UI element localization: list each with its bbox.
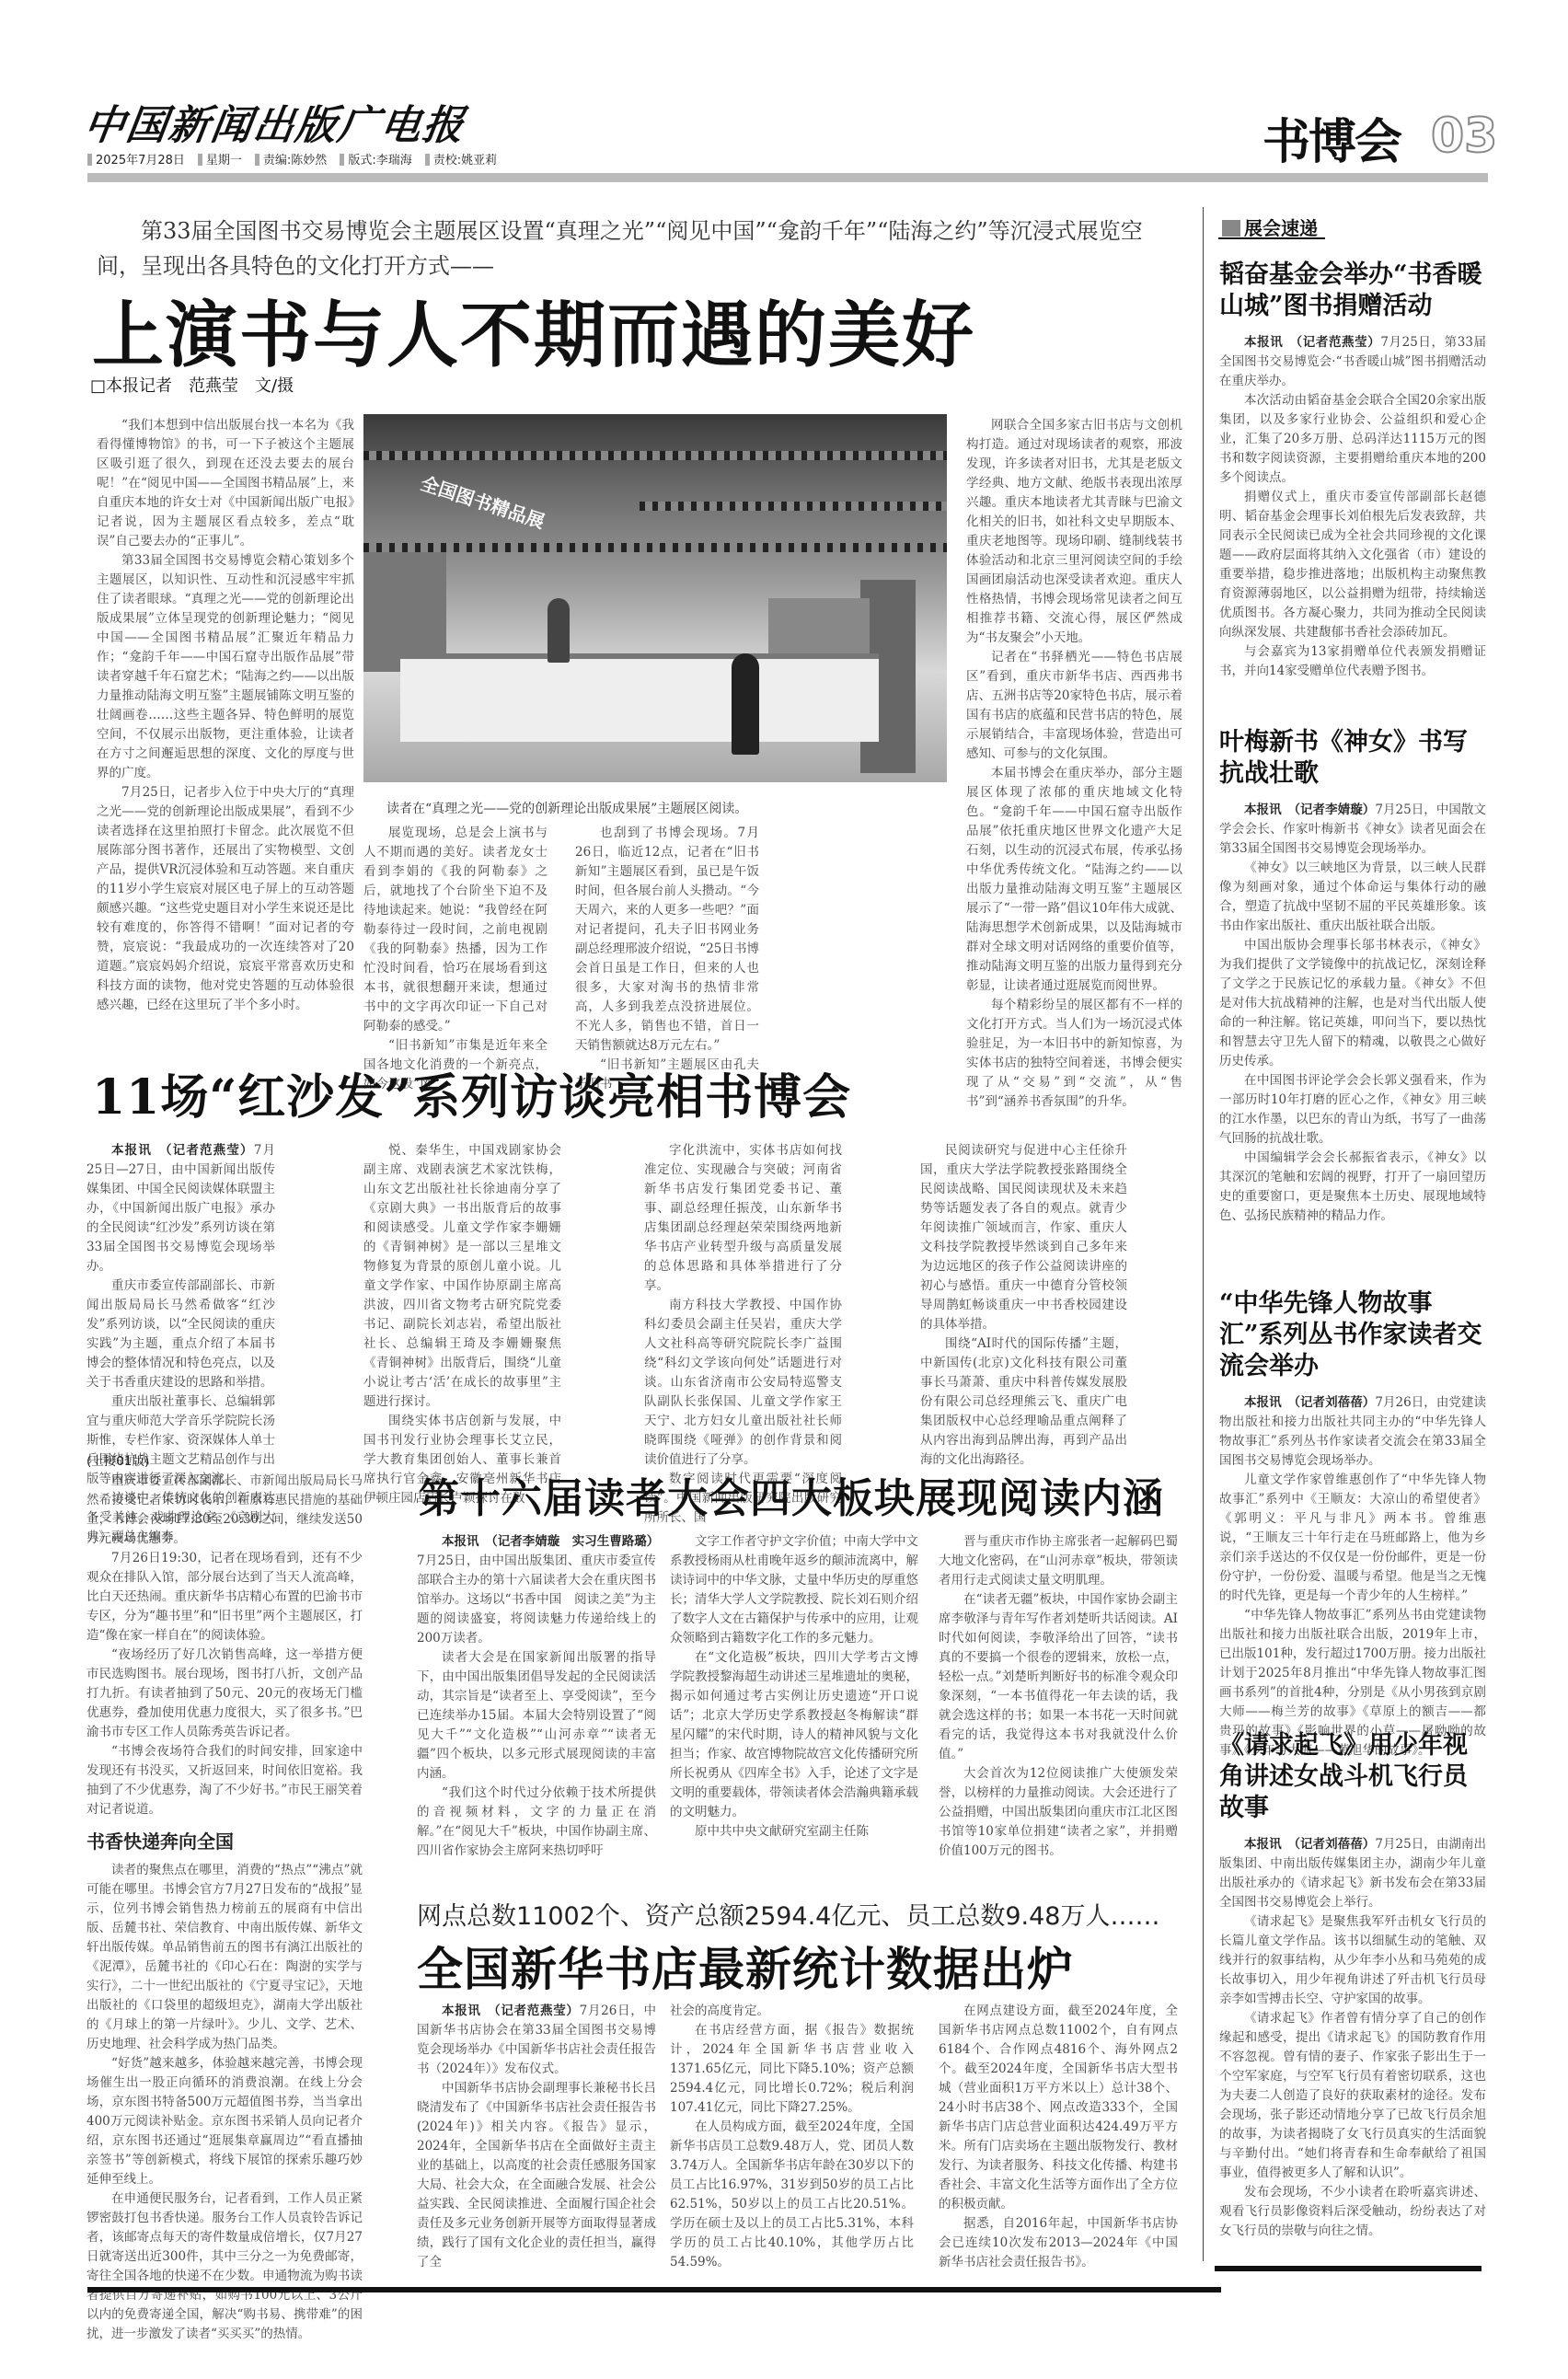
reader-conf-column-1: 本报讯 （记者李婧璇 实习生曹路璐）7月25日，由中国出版集团、重庆市委宣传部联… bbox=[417, 1532, 656, 1861]
bottom-rule bbox=[87, 2287, 1221, 2292]
xinhua-headline: 全国新华书店最新统计数据出炉 bbox=[417, 1933, 1074, 1999]
paragraph: 第33届全国图书交易博览会精心策划多个主题展区，以知识性、互动性和沉浸感牢牢抓住… bbox=[97, 551, 354, 783]
dateline: 本报讯 （记者范燕莹） bbox=[111, 1143, 254, 1158]
paragraph: 也刮到了书博会现场。7月26日，临近12点，记者在“旧书新知”主题展区看到，虽已… bbox=[575, 824, 759, 1056]
story-headline: “中华先锋人物故事汇”系列丛书作家读者交流会举办 bbox=[1219, 1288, 1486, 1382]
paragraph: 大会首次为12位阅读推广大使颁发荣誉，以榜样的力量推动阅读。大会还进行了公益捐赠… bbox=[939, 1764, 1178, 1861]
issue-proof: 责校:姚亚莉 bbox=[425, 150, 497, 167]
section-title: 书博会 bbox=[1262, 103, 1401, 172]
paragraph: 在人员构成方面，截至2024年度，全国新华书店员工总数9.48万人，党、团员人数… bbox=[670, 2118, 914, 2272]
paragraph: 7月26日19:30，记者在现场看到，还有不少观众在排队入馆，部分展台达到了当天… bbox=[86, 1549, 363, 1646]
exhibition-photo: 全国图书精品展 bbox=[363, 414, 947, 782]
photo-banner: 全国图书精品展 bbox=[418, 468, 548, 534]
paragraph: 社会的高度肯定。 bbox=[670, 2002, 914, 2021]
lead-byline: □本报记者 范燕莹 文/摄 bbox=[90, 373, 294, 397]
paragraph: 读者大会是在国家新闻出版署的指导下，由中国出版集团倡导发起的全民阅读活动，其宗旨… bbox=[417, 1648, 656, 1784]
paragraph: 每个精彩纷呈的展区都有不一样的文化打开方式。当人们为一场沉浸式体验驻足，为一本旧… bbox=[966, 996, 1182, 1112]
lead-kicker: 第33届全国图书交易博览会主题展区设置“真理之光”“阅见中国”“龛韵千年”“陆海… bbox=[97, 214, 1173, 283]
paragraph: 围绕“AI时代的国际传播”主题，中新国传(北京)文化科技有限公司董事长马萧萧、重… bbox=[920, 1334, 1127, 1470]
reader-conf-headline: 第十六届读者大会四大板块展现阅读内涵 bbox=[419, 1465, 1164, 1524]
lead-column-4: 网联合全国多家古旧书店与文创机构打造。通过对现场读者的观察，邢波发现，许多读者对… bbox=[966, 416, 1182, 1112]
paragraph: “书博会夜场符合我们的时间安排，回家途中发现还有书没买，又折返回来，时间依旧宽裕… bbox=[86, 1742, 363, 1819]
paragraph: “夜场经历了好几次销售高峰，这一举措方便市民选购图书。展台现场，图书打八折，文创… bbox=[86, 1646, 363, 1742]
paragraph: 南方科技大学教授、中国作协科幻委员会副主任吴岩，重庆大学人文社科高等研究院院长李… bbox=[644, 1296, 842, 1470]
red-sofa-headline: 11场“红沙发”系列访谈亮相书博会 bbox=[92, 1058, 851, 1127]
paragraph: 中国新华书店协会副理事长兼秘书长吕晓清发布了《中国新华书店社会责任报告书(202… bbox=[417, 2079, 656, 2272]
dateline: 本报讯 （记者李婧璇 实习生曹路璐） bbox=[442, 1534, 659, 1549]
photo-caption: 读者在“真理之光——党的创新理论出版成果展”主题展区阅读。 bbox=[386, 799, 747, 817]
paragraph: 网联合全国多家古旧书店与文创机构打造。通过对现场读者的观察，邢波发现，许多读者对… bbox=[966, 416, 1182, 648]
sidebar-story-2: 叶梅新书《神女》书写抗战壮歌 本报讯 （记者李婧璇）7月25日，中国散文学会会长… bbox=[1219, 727, 1486, 1226]
paragraph: 字化洪流中，实体书店如何找准定位、实现融合与突破；河南省新华书店发行集团党委书记… bbox=[644, 1141, 842, 1296]
paragraph: “好货”越来越多，体验越来越完善，书博会现场催生出一股正向循环的消费浪潮。在线上… bbox=[86, 2054, 363, 2189]
continued-story: (上接01版) 重庆市委宣传部副部长、市新闻出版局局长马然希接受记者采访时表示，… bbox=[86, 1452, 363, 2344]
masthead-rule bbox=[87, 173, 1488, 182]
sidebar-story-3: “中华先锋人物故事汇”系列丛书作家读者交流会举办 本报讯 （记者刘蓓蓓）7月26… bbox=[1219, 1288, 1486, 1761]
paragraph: 重庆市委宣传部副部长、市新闻出版局局长马然希接受记者采访时表示，在原有惠民措施的… bbox=[86, 1472, 363, 1549]
subhead-express: 书香快递奔向全国 bbox=[86, 1832, 363, 1852]
column-divider bbox=[1203, 207, 1204, 2261]
story-headline: 韬奋基金会举办“书香暖山城”图书捐赠活动 bbox=[1219, 260, 1486, 322]
paragraph: 悦、秦华生，中国戏剧家协会副主席、戏剧表演艺术家沈铁梅，山东文艺出版社社长徐迪南… bbox=[363, 1141, 561, 1412]
newspaper-logo: 中国新闻出版广电报 bbox=[81, 92, 470, 151]
sidebar-story-4: 《请求起飞》用少年视角讲述女战斗机飞行员故事 本报讯 （记者刘蓓蓓）7月25日，… bbox=[1219, 1730, 1486, 2241]
sidebar-underline bbox=[1218, 237, 1325, 239]
reader-conf-column-3: 晋与重庆市作协主席张者一起解码巴蜀大地文化密码，在“山河赤章”板块，带领读者用行… bbox=[939, 1532, 1178, 1861]
issue-meta: 2025年7月28日 星期一 责编:陈妙然 版式:李瑞海 责校:姚亚莉 bbox=[87, 150, 497, 167]
page-number: 03 bbox=[1431, 109, 1497, 164]
paragraph: 本届书博会在重庆举办，部分主题展区体现了浓郁的重庆地域文化特色。“龛韵千年——中… bbox=[966, 764, 1182, 996]
paragraph: “我们本想到中信出版展台找一本名为《我看得懂博物馆》的书，可一下子被这个主题展区… bbox=[97, 416, 354, 551]
issue-layout: 版式:李瑞海 bbox=[340, 150, 411, 167]
sidebar-bottom-rule bbox=[1215, 2266, 1482, 2271]
paragraph: 重庆市委宣传部副部长、市新闻出版局局长马然希做客“红沙发”系列访谈，以“全民阅读… bbox=[86, 1276, 275, 1392]
sidebar-story-1: 韬奋基金会举办“书香暖山城”图书捐赠活动 本报讯 （记者范燕莹）7月25日，第3… bbox=[1219, 260, 1486, 681]
paragraph: 在“文化造极”板块，四川大学考古文博学院教授黎海超生动讲述三星堆遗址的奥秘，揭示… bbox=[670, 1648, 918, 1822]
paragraph: 据悉，自2016年起，中国新华书店协会已连续10次发布2013—2024年《中国… bbox=[939, 2214, 1178, 2272]
paragraph: 原中共中央文献研究室副主任陈 bbox=[670, 1822, 918, 1842]
continued-label: (上接01版) bbox=[86, 1452, 363, 1472]
paragraph: 7月25日，记者步入位于中央大厅的“真理之光——党的创新理论出版成果展”，看到不… bbox=[97, 783, 354, 1015]
paragraph: 记者在“书驿栖光——特色书店展区”看到，重庆市新华书店、西西弗书店、五洲书店等2… bbox=[966, 648, 1182, 764]
paragraph: “我们这个时代过分依赖于技术所提供的音视频材料，文字的力量正在消解。”在“阅见大… bbox=[417, 1784, 656, 1861]
red-sofa-column-4: 民阅读研究与促进中心主任徐升国，重庆大学法学院教授张路围绕全民阅读战略、国民阅读… bbox=[920, 1141, 1127, 1470]
paragraph: 在申通便民服务台，记者看到，工作人员正紧锣密鼓打包书香快递。服务台工作人员袁铃告… bbox=[86, 2189, 363, 2344]
xinhua-deck: 网点总数11002个、资产总额2594.4亿元、员工总数9.48万人…… bbox=[417, 1896, 1159, 1932]
paragraph: 文字工作者守护文字价值；中南大学中文系教授杨雨从杜甫晚年返乡的颠沛流离中，解读诗… bbox=[670, 1532, 918, 1648]
reader-conf-column-2: 文字工作者守护文字价值；中南大学中文系教授杨雨从杜甫晚年返乡的颠沛流离中，解读诗… bbox=[656, 1532, 918, 1842]
sidebar-label: 展会速递 bbox=[1222, 214, 1318, 240]
lead-headline: 上演书与人不期而遇的美好 bbox=[92, 278, 975, 381]
lead-column-3: 也刮到了书博会现场。7月26日，临近12点，记者在“旧书新知”主题展区看到，虽已… bbox=[575, 824, 759, 1094]
dateline: 本报讯 （记者范燕莹） bbox=[442, 2004, 580, 2018]
lead-column-1: “我们本想到中信出版展台找一本名为《我看得懂博物馆》的书，可一下子被这个主题展区… bbox=[97, 416, 354, 1015]
xinhua-column-1: 本报讯 （记者范燕莹）7月26日，中国新华书店协会在第33届全国图书交易博览会现… bbox=[417, 2002, 656, 2272]
issue-date: 2025年7月28日 bbox=[87, 150, 185, 167]
paragraph: 在“读者无疆”板块，中国作家协会副主席李敬泽与青年写作者刘楚昕共话阅读。AI时代… bbox=[939, 1590, 1178, 1764]
story-headline: 《请求起飞》用少年视角讲述女战斗机飞行员故事 bbox=[1219, 1730, 1486, 1824]
paragraph: 在网点建设方面，截至2024年度，全国新华书店网点总数11002个，自有网点61… bbox=[939, 2002, 1178, 2214]
xinhua-column-3: 在网点建设方面，截至2024年度，全国新华书店网点总数11002个，自有网点61… bbox=[939, 2002, 1178, 2272]
paragraph: 民阅读研究与促进中心主任徐升国，重庆大学法学院教授张路围绕全民阅读战略、国民阅读… bbox=[920, 1141, 1127, 1334]
paragraph: 读者的聚焦点在哪里，消费的“热点”“沸点”就可能在哪里。书博会官方7月27日发布… bbox=[86, 1861, 363, 2054]
issue-editor: 责编:陈妙然 bbox=[255, 150, 327, 167]
paragraph: 晋与重庆市作协主席张者一起解码巴蜀大地文化密码，在“山河赤章”板块，带领读者用行… bbox=[939, 1532, 1178, 1590]
story-headline: 叶梅新书《神女》书写抗战壮歌 bbox=[1219, 727, 1486, 790]
red-sofa-column-2: 悦、秦华生，中国戏剧家协会副主席、戏剧表演艺术家沈铁梅，山东文艺出版社社长徐迪南… bbox=[363, 1141, 561, 1508]
paragraph: 展览现场，总是会上演书与人不期而遇的美好。读者龙女士看到李娟的《我的阿勒泰》之后… bbox=[363, 824, 548, 1036]
lead-column-2: 展览现场，总是会上演书与人不期而遇的美好。读者龙女士看到李娟的《我的阿勒泰》之后… bbox=[363, 824, 548, 1094]
paragraph: 在书店经营方面，据《报告》数据统计，2024年全国新华书店营业收入1371.65… bbox=[670, 2021, 914, 2118]
issue-weekday: 星期一 bbox=[198, 150, 242, 167]
xinhua-column-2: 社会的高度肯定。 在书店经营方面，据《报告》数据统计，2024年全国新华书店营业… bbox=[670, 2002, 914, 2272]
